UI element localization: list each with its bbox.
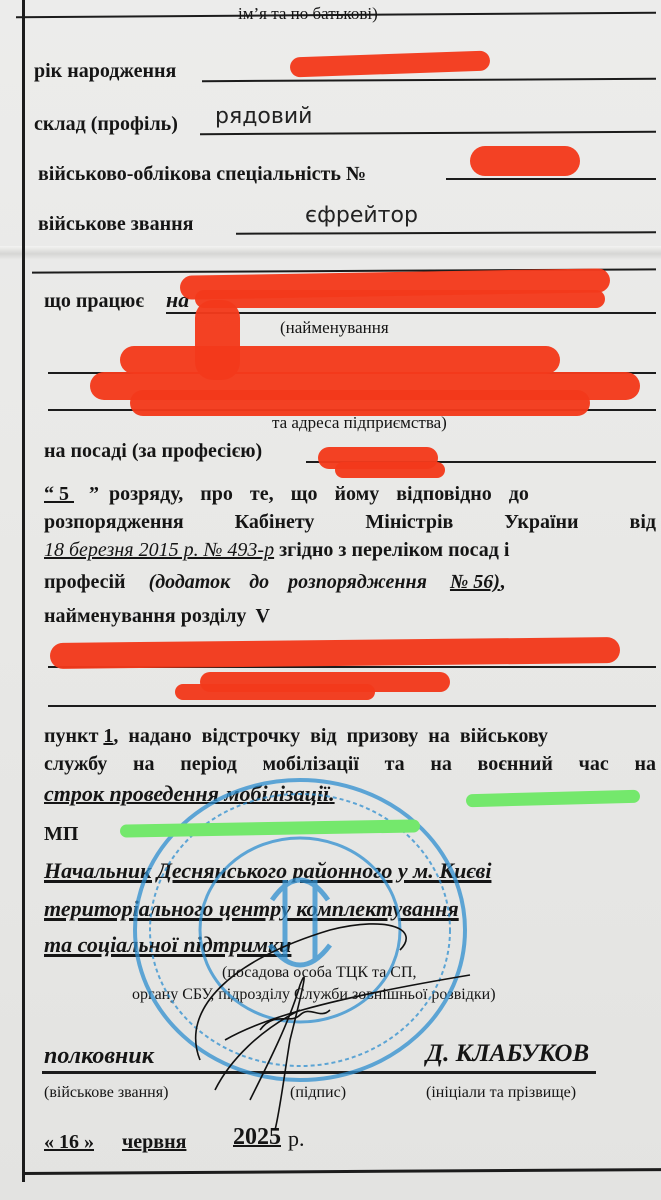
redaction-specialty [470,146,580,176]
section-line: найменування розділу V [44,605,270,628]
appendix-number: № 56) [450,571,500,593]
rank-value: єфрейтор [305,203,418,228]
seal-label: МП [44,823,78,846]
name-line-bottom [420,1071,596,1074]
date-day: « 16 » [44,1131,94,1154]
body-line-3: 18 березня 2015 р. № 493-р згідно з пере… [44,539,509,562]
signature-caption: (підпис) [290,1084,346,1102]
name-caption: (ініціали та прізвище) [426,1084,576,1102]
redaction-position-2 [335,462,445,478]
date-year-suffix: р. [288,1126,305,1152]
section-line-2 [48,705,656,707]
section-value: V [255,605,269,627]
position-label: на посаді (за професією) [44,440,262,463]
redaction-section-3 [175,684,375,700]
appendix-text: (додаток до розпорядження [149,571,427,593]
section-label: найменування розділу [44,605,246,627]
deferral-line-2: службу на період мобілізації та на воєнн… [44,753,656,776]
rank-caption: (військове звання) [44,1084,168,1102]
form-left-border [22,0,25,1182]
birth-year-label: рік народження [34,60,176,83]
item-label: пункт [44,725,98,747]
body-line-4: професій (додаток до розпорядження № 56)… [44,571,656,594]
official-title-line-2: територіального центру комплектування [44,896,459,922]
date-month: червня [122,1131,186,1154]
signer-rank: полковник [44,1043,154,1070]
official-caption-1: (посадова особа ТЦК та СП, [222,964,417,982]
redaction-org-2 [195,290,605,308]
redaction-org-4 [120,346,560,374]
works-at-label: що працює [44,290,144,313]
body-line-3-text: згідно з переліком посад і [279,539,509,561]
body-line-1-text: розряду, про те, що йому відповідно до [109,483,529,505]
specialty-label: військово-облікова спеціальність № [38,163,366,186]
name-caption: ім’я та по батькові) [238,4,378,24]
address-caption: та адреса підприємства) [272,413,447,433]
deferral-line-1: пункт 1, надано відстрочку від призову н… [44,725,656,748]
specialty-line [446,178,656,180]
deferral-term: строк проведення мобілізації. [44,781,335,807]
official-title-line-1: Начальник Деснянського районного у м. Ки… [44,858,491,884]
rank-label: військове звання [38,213,193,236]
professions-word: професій [44,571,126,593]
body-line-2: розпорядження Кабінету Міністрів України… [44,511,656,534]
official-caption-2: органу СБУ, підрозділу Служби зовнішньої… [132,986,496,1004]
body-line-1: “ 5 ” розряду, про те, що йому відповідн… [44,483,656,506]
profile-value: рядовий [215,104,312,129]
signer-name: Д. КЛАБУКОВ [426,1040,589,1068]
profile-label: склад (профіль) [34,113,178,136]
deferral-text-1: , надано відстрочку від призову на війсь… [113,725,548,747]
item-value: 1 [103,725,113,747]
official-title-line-3: та соціальної підтримки [44,932,291,958]
decree-reference: 18 березня 2015 р. № 493-р [44,539,274,561]
paper-fold [0,246,661,260]
grade-value: 5 [59,483,69,505]
redaction-org-6 [130,390,590,416]
date-year: 2025 [233,1124,281,1151]
org-caption: (найменування [280,318,389,338]
